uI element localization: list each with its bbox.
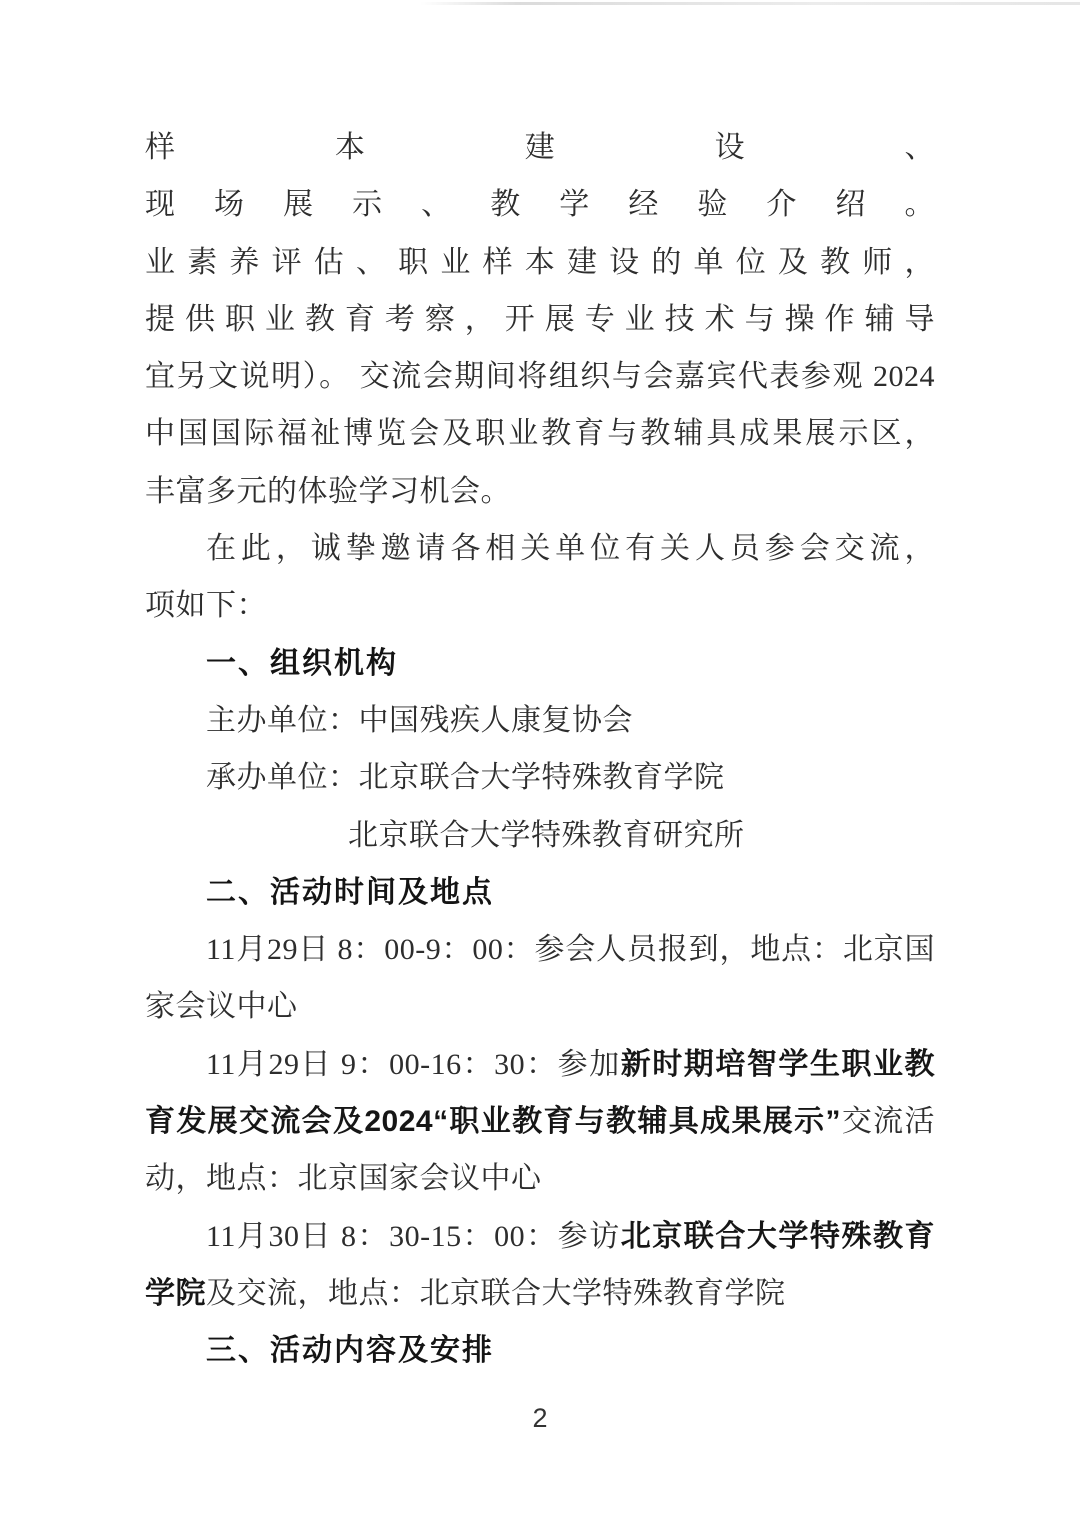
- doc-line: 项如下：: [145, 577, 935, 634]
- section-heading-content-schedule: 三、活动内容及安排: [145, 1322, 935, 1379]
- doc-line: 11月30日 8：30-15：00：参访北京联合大学特殊教育: [145, 1208, 935, 1265]
- text-run: 三、活动内容及安排: [206, 1334, 494, 1367]
- section-heading-time-place: 二、活动时间及地点: [145, 864, 935, 921]
- doc-line-organizer-unit-2: 北京联合大学特殊教育研究所: [145, 807, 935, 864]
- text-run: 宜另文说明）。 交流会期间将组织与会嘉宾代表参观 2024: [145, 360, 935, 393]
- doc-line: 11月29日 9：00-16：30：参加新时期培智学生职业教: [145, 1036, 935, 1093]
- text-run: 主办单位：中国残疾人康复协会: [206, 704, 633, 737]
- text-run: 一、组织机构: [206, 647, 398, 680]
- doc-line-organizer-unit: 承办单位：北京联合大学特殊教育学院: [145, 749, 935, 806]
- text-run: 现场展示、教学经验介绍。对与会者中有意愿进一步参与职: [145, 188, 935, 233]
- text-run: 交流活: [841, 1105, 935, 1138]
- doc-line: 样本建设、就业转衔支持与相关辅助技术等进行学术交流、: [145, 119, 935, 176]
- doc-line: 动，地点：北京国家会议中心: [145, 1150, 935, 1207]
- text-run: 业素养评估、职业样本建设的单位及教师，建立共学机制，: [145, 246, 935, 291]
- doc-line: 育发展交流会及2024“职业教育与教辅具成果展示”交流活: [145, 1093, 935, 1150]
- document-page: 样本建设、就业转衔支持与相关辅助技术等进行学术交流、 现场展示、教学经验介绍。对…: [0, 0, 1080, 1434]
- text-run: 动，地点：北京国家会议中心: [145, 1162, 542, 1195]
- doc-line: 宜另文说明）。 交流会期间将组织与会嘉宾代表参观 2024: [145, 348, 935, 405]
- text-run-bold: 新时期培智学生职业教: [621, 1048, 935, 1081]
- text-run: 在此，诚挚邀请各相关单位有关人员参会交流，有关事: [206, 532, 935, 577]
- text-run: 北京联合大学特殊教育研究所: [348, 819, 745, 852]
- text-run: 样本建设、就业转衔支持与相关辅助技术等进行学术交流、: [145, 131, 935, 176]
- text-run: 11月29日 8：00-9：00：参会人员报到，地点：北京国: [206, 933, 935, 966]
- text-run: 中国国际福祉博览会及职业教育与教辅具成果展示区，提供: [145, 417, 935, 462]
- doc-line: 在此，诚挚邀请各相关单位有关人员参会交流，有关事: [145, 520, 935, 577]
- text-run: 及交流，地点：北京联合大学特殊教育学院: [206, 1277, 786, 1310]
- doc-line: 业素养评估、职业样本建设的单位及教师，建立共学机制，: [145, 234, 935, 291]
- text-run: 承办单位：北京联合大学特殊教育学院: [206, 761, 725, 794]
- text-run: 提供职业教育考察，开展专业技术与操作辅导（有关共学事: [145, 303, 935, 348]
- text-run-bold: 北京联合大学特殊教育: [621, 1220, 935, 1253]
- doc-line: 现场展示、教学经验介绍。对与会者中有意愿进一步参与职: [145, 176, 935, 233]
- text-run-bold: 育发展交流会及2024“职业教育与教辅具成果展示”: [145, 1105, 841, 1138]
- text-run: 项如下：: [145, 589, 267, 622]
- doc-line: 家会议中心: [145, 978, 935, 1035]
- text-run: 家会议中心: [145, 990, 298, 1023]
- doc-line-host-unit: 主办单位：中国残疾人康复协会: [145, 692, 935, 749]
- text-run: 11月30日 8：30-15：00：参访: [206, 1220, 621, 1253]
- page-number: 2: [145, 1403, 935, 1434]
- text-run: 11月29日 9：00-16：30：参加: [206, 1048, 621, 1081]
- text-run-bold: 学院: [145, 1277, 206, 1310]
- section-heading-organizers: 一、组织机构: [145, 635, 935, 692]
- doc-line: 丰富多元的体验学习机会。: [145, 463, 935, 520]
- doc-line: 提供职业教育考察，开展专业技术与操作辅导（有关共学事: [145, 291, 935, 348]
- text-run: 二、活动时间及地点: [206, 876, 494, 909]
- doc-line: 11月29日 8：00-9：00：参会人员报到，地点：北京国: [145, 921, 935, 978]
- doc-line: 学院及交流，地点：北京联合大学特殊教育学院: [145, 1265, 935, 1322]
- text-run: 丰富多元的体验学习机会。: [145, 475, 511, 508]
- doc-line: 中国国际福祉博览会及职业教育与教辅具成果展示区，提供: [145, 405, 935, 462]
